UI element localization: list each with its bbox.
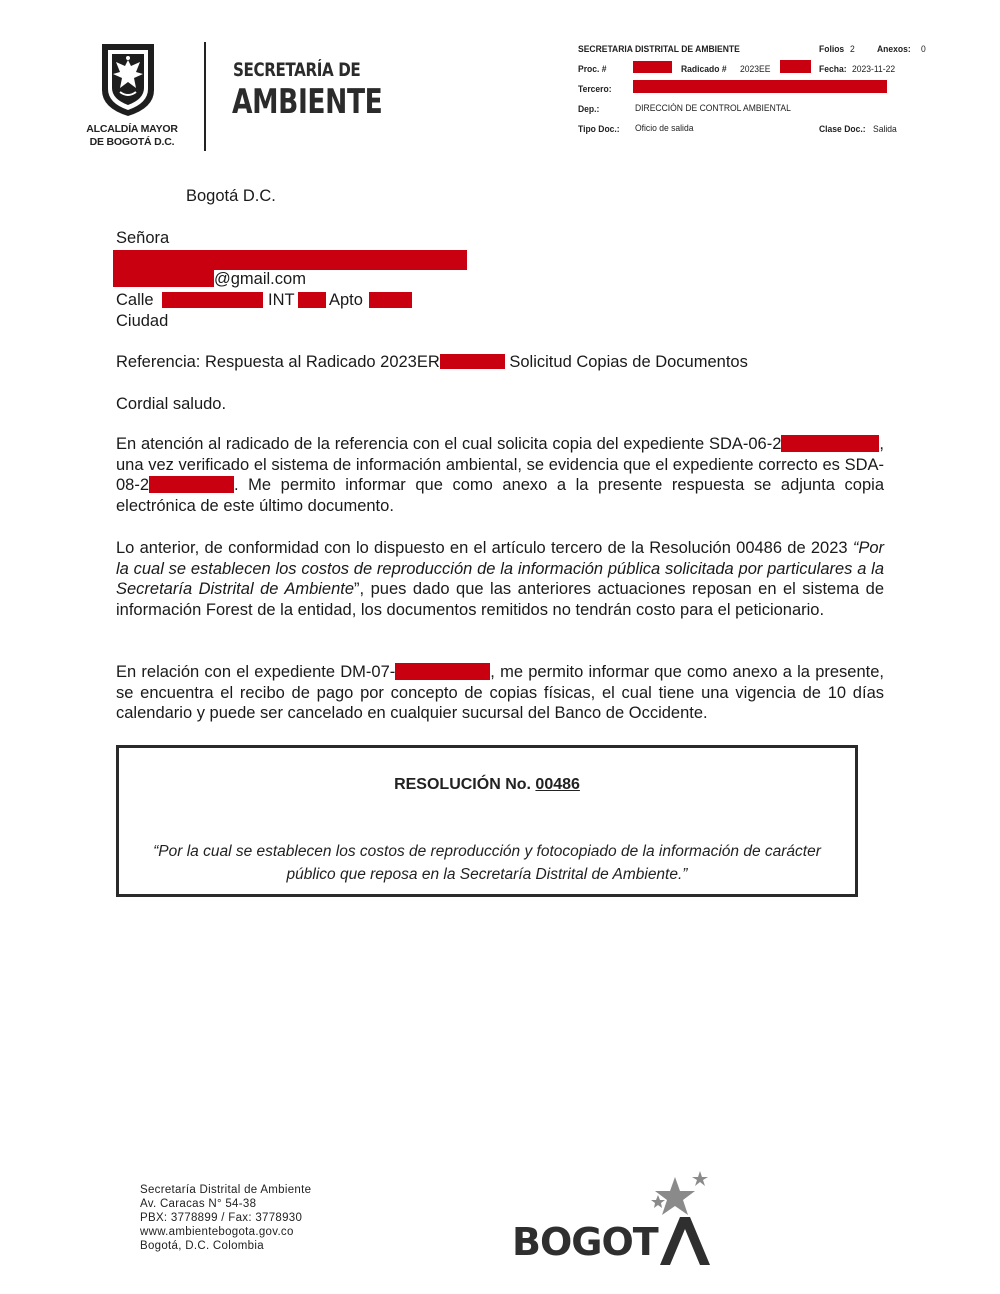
redaction-reference (440, 354, 505, 369)
resolution-box: RESOLUCIÓN No. 00486 “Por la cual se est… (116, 745, 858, 897)
resolution-quote: “Por la cual se establecen los costos de… (139, 840, 835, 886)
footer-address: Secretaría Distrital de Ambiente Av. Car… (140, 1183, 311, 1253)
stamp-tipo-value: Oficio de salida (635, 123, 700, 134)
paragraph-resolucion: Lo anterior, de conformidad con lo dispu… (116, 538, 884, 620)
salutation-title: Señora (116, 228, 169, 249)
redaction-radicado (780, 60, 811, 73)
redaction-proc (633, 61, 672, 73)
redaction-int (298, 292, 326, 308)
reference-line: Referencia: Respuesta al Radicado 2023ER… (116, 352, 748, 373)
stamp-dep: Dep.: (578, 104, 602, 115)
recipient-email-suffix: @gmail.com (214, 269, 306, 290)
greeting: Cordial saludo. (116, 394, 226, 415)
redaction-expediente-1b (831, 435, 879, 452)
stamp-proc: Proc. # (578, 64, 610, 75)
letter-city: Bogotá D.C. (186, 186, 276, 207)
alcaldia-label: ALCALDÍA MAYOR DE BOGOTÁ D.C. (84, 123, 180, 149)
stamp-entity: SECRETARIA DISTRITAL DE AMBIENTE (578, 44, 758, 55)
redaction-recipient-name (113, 250, 467, 270)
address-int-label: INT (268, 290, 295, 311)
ambiente-label: AMBIENTE (232, 82, 382, 122)
resolution-title: RESOLUCIÓN No. 00486 (119, 776, 855, 794)
redaction-expediente-dm (395, 663, 490, 680)
bogota-wordmark: BOGOT (512, 1220, 659, 1264)
stamp-dep-value: DIRECCIÓN DE CONTROL AMBIENTAL (635, 103, 808, 114)
bogota-coat-of-arms-icon (100, 42, 156, 118)
redaction-apto (369, 292, 412, 308)
paragraph-pago: En relación con el expediente DM-07-, me… (116, 662, 884, 724)
address-street-label: Calle (116, 290, 154, 311)
stamp-folios: Folios 2 (819, 44, 855, 55)
address-apto-label: Apto (329, 290, 363, 311)
bogota-stars-icon: BOGOT (510, 1165, 720, 1275)
redaction-tercero (633, 80, 887, 93)
stamp-clase: Clase Doc.: Salida (819, 124, 900, 135)
redaction-street (162, 292, 263, 308)
redaction-expediente-2 (149, 476, 234, 493)
bogota-brand-logo: BOGOT (510, 1165, 720, 1275)
redaction-email-user (113, 270, 214, 287)
redaction-expediente-1 (781, 435, 831, 452)
secretaria-label: SECRETARÍA DE (233, 60, 360, 81)
paragraph-expediente: En atención al radicado de la referencia… (116, 434, 884, 516)
logo-divider (204, 42, 206, 151)
stamp-tercero: Tercero: (578, 84, 615, 95)
stamp-tipo: Tipo Doc.: (578, 124, 624, 135)
stamp-anexos: Anexos: 0 (877, 44, 926, 55)
stamp-fecha: Fecha: 2023-11-22 (819, 64, 900, 75)
address-city: Ciudad (116, 311, 168, 332)
stamp-radicado: Radicado # 2023EE (681, 64, 774, 75)
